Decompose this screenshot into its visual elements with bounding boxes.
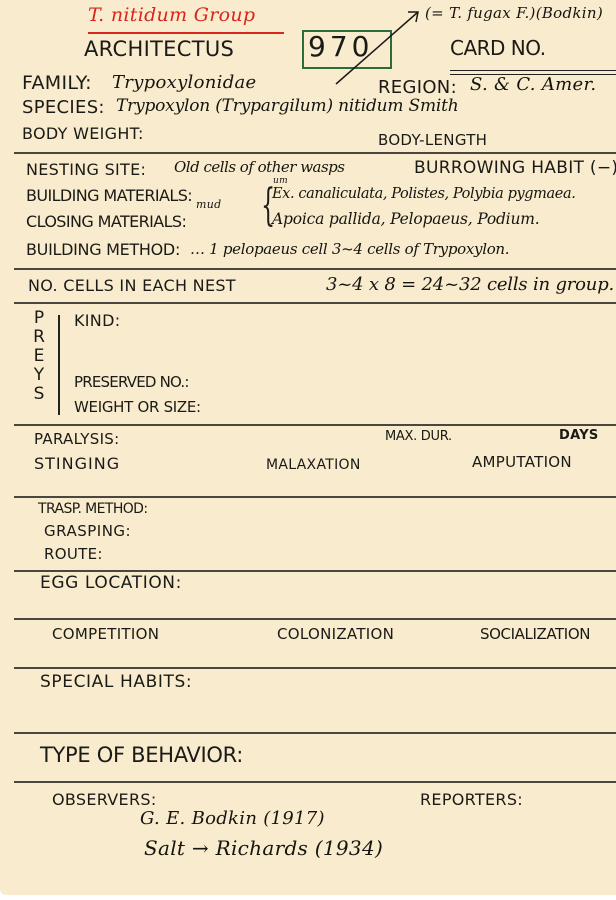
card-no-label: CARD NO. <box>450 36 546 60</box>
trasp-method-label: TRASP. METHOD: <box>38 501 147 517</box>
divider <box>14 302 616 304</box>
group-title: T. nitidum Group <box>88 4 255 26</box>
divider <box>14 732 616 734</box>
grasping-label: GRASPING: <box>44 522 131 540</box>
family-label: FAMILY: <box>22 72 92 94</box>
preys-divider <box>58 315 60 415</box>
cells-value: 3~4 x 8 = 24~32 cells in group. <box>326 274 614 295</box>
body-weight-label: BODY WEIGHT: <box>22 124 144 143</box>
days-label: DAYS <box>559 428 599 443</box>
divider <box>14 667 616 669</box>
divider <box>14 268 616 270</box>
card-no-rule-1 <box>450 70 616 71</box>
stinging-label: STINGING <box>34 454 120 473</box>
building-method-label: BUILDING METHOD: <box>26 240 180 259</box>
divider <box>14 781 616 783</box>
nesting-site-value: Old cells of other wasps <box>174 158 344 176</box>
wasps-line-1: Ex. canaliculata, Polistes, Polybia pygm… <box>272 186 575 202</box>
wasps-line-2: Apoica pallida, Pelopaeus, Podium. <box>272 210 539 228</box>
group-underline <box>88 32 284 34</box>
wasps-note: um <box>273 176 288 186</box>
divider <box>14 152 616 154</box>
kind-label: KIND: <box>74 311 120 330</box>
family-value: Trypoxylonidae <box>112 72 257 93</box>
observer-2: Salt → Richards (1934) <box>144 836 383 860</box>
observer-1: G. E. Bodkin (1917) <box>140 808 325 829</box>
divider <box>14 424 616 426</box>
type-of-behavior-label: TYPE OF BEHAVIOR: <box>40 743 243 767</box>
building-materials-label: BUILDING MATERIALS: <box>26 186 192 205</box>
closing-materials-label: CLOSING MATERIALS: <box>26 212 186 231</box>
nesting-site-label: NESTING SITE: <box>26 160 146 179</box>
species-value: Trypoxylon (Trypargilum) nitidum Smith <box>116 96 459 116</box>
section-title: ARCHITECTUS <box>84 37 234 61</box>
preserved-label: PRESERVED NO.: <box>74 373 189 391</box>
observers-label: OBSERVERS: <box>52 790 157 809</box>
synonym-note: (= T. fugax F.)(Bodkin) <box>425 4 603 22</box>
paralysis-label: PARALYSIS: <box>34 430 119 448</box>
reporters-label: REPORTERS: <box>420 790 523 809</box>
preys-side-label: P R E Y S <box>30 309 48 404</box>
amputation-label: AMPUTATION <box>472 453 572 471</box>
materials-value: mud <box>196 198 221 211</box>
competition-label: COMPETITION <box>52 625 159 643</box>
special-habits-label: SPECIAL HABITS: <box>40 672 192 692</box>
body-length-label: BODY-LENGTH <box>378 131 487 149</box>
index-card: T. nitidum Group ARCHITECTUS 970 (= T. f… <box>0 0 616 895</box>
divider <box>14 570 616 572</box>
egg-location-label: EGG LOCATION: <box>40 573 182 593</box>
max-dur-label: MAX. DUR. <box>385 429 452 444</box>
region-label: REGION: <box>378 77 457 98</box>
region-value: S. & C. Amer. <box>470 74 596 95</box>
cells-label: NO. CELLS IN EACH NEST <box>28 276 236 295</box>
divider <box>14 618 616 620</box>
colonization-label: COLONIZATION <box>277 625 394 643</box>
building-method-value: … 1 pelopaeus cell 3~4 cells of Trypoxyl… <box>190 240 509 258</box>
divider <box>14 496 616 498</box>
socialization-label: SOCIALIZATION <box>480 625 590 643</box>
malaxation-label: MALAXATION <box>266 457 361 473</box>
burrowing-habit-label: BURROWING HABIT (−) <box>414 158 616 178</box>
species-label: SPECIES: <box>22 97 105 118</box>
route-label: ROUTE: <box>44 545 103 563</box>
weight-size-label: WEIGHT OR SIZE: <box>74 398 201 416</box>
